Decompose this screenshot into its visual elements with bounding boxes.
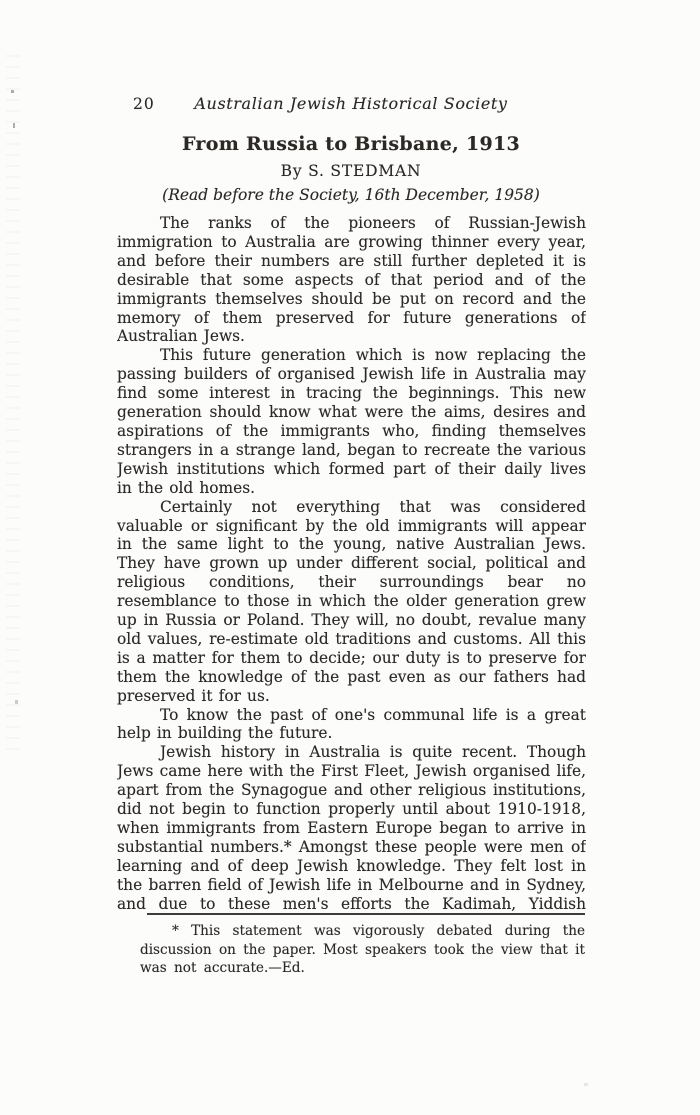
scan-speck — [13, 123, 15, 128]
scan-speck — [584, 1083, 588, 1086]
scan-speck — [15, 700, 18, 704]
body-paragraph: The ranks of the pioneers of Russian-Jew… — [117, 214, 586, 346]
scan-artifacts — [6, 55, 20, 755]
article-title: From Russia to Brisbane, 1913 — [117, 133, 585, 155]
scanned-document-page: 20 Australian Jewish Historical Society … — [0, 0, 700, 1115]
body-paragraph: Certainly not everything that was consid… — [117, 498, 586, 706]
body-paragraph: This future generation which is now repl… — [117, 346, 586, 497]
article-read-note: (Read before the Society, 16th December,… — [117, 186, 585, 204]
article-body: The ranks of the pioneers of Russian-Jew… — [117, 214, 586, 914]
body-paragraph: To know the past of one's communal life … — [117, 706, 586, 744]
editor-footnote: * This statement was vigorously debated … — [140, 922, 585, 978]
scan-speck — [11, 90, 14, 93]
article-byline: By S. STEDMAN — [117, 162, 585, 180]
body-paragraph: Jewish history in Australia is quite rec… — [117, 743, 586, 914]
footnote-divider — [147, 913, 585, 915]
running-head: Australian Jewish Historical Society — [117, 94, 585, 113]
